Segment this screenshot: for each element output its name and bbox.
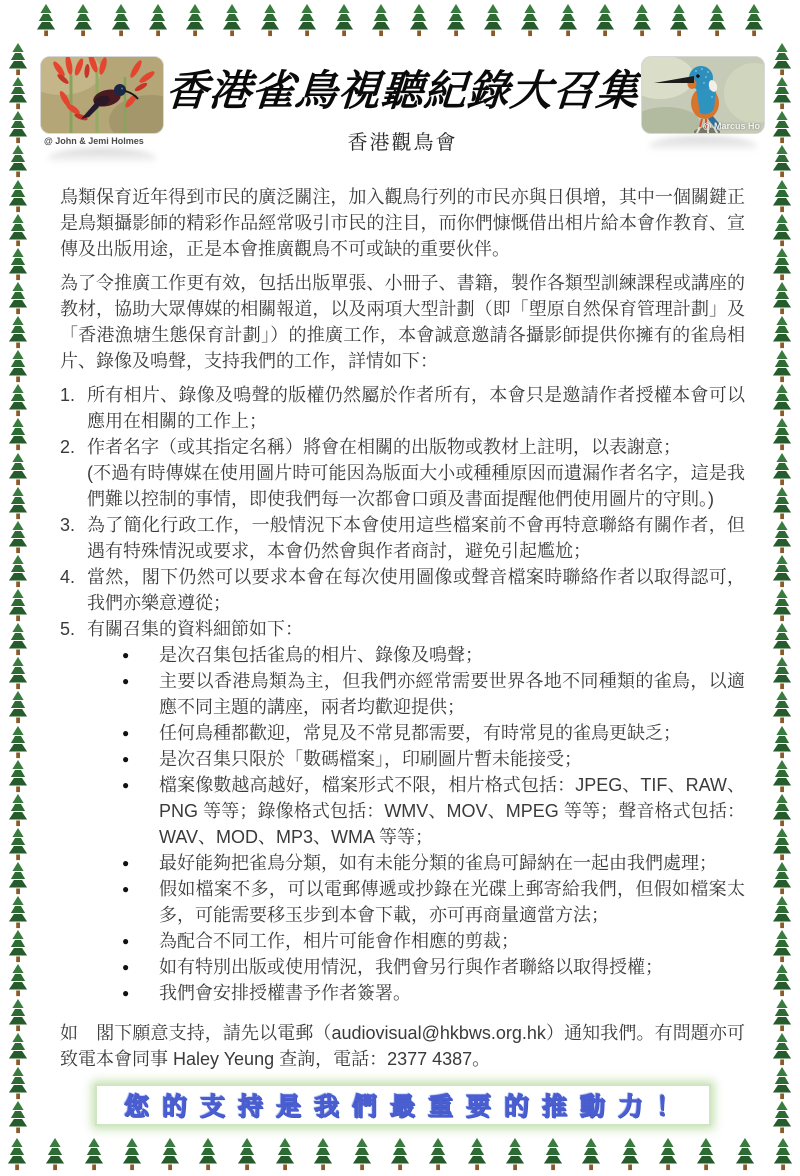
sunbird-photo	[40, 56, 164, 134]
pine-tree-icon	[772, 793, 792, 827]
pine-tree-icon	[620, 1137, 640, 1171]
pine-tree-icon	[8, 486, 28, 520]
numbered-item: 4. 當然，閣下仍然可以要求本會在每次使用圖像或聲音檔案時聯絡作者以取得認可，我…	[60, 564, 745, 616]
bullet-item: ● 最好能夠把雀鳥分類，如有未能分類的雀鳥可歸納在一起由我們處理；	[122, 850, 745, 876]
pine-tree-icon	[8, 76, 28, 110]
flyer-content: @ John & Jemi Holmes 香港雀鳥視聽紀錄大召集 香港觀鳥會	[60, 56, 745, 1126]
bullet-text: 我們會安排授權書予作者簽署。	[159, 980, 745, 1006]
numbered-list: 1. 所有相片、錄像及鳴聲的版權仍然屬於作者所有，本會只是邀請作者授權本會可以應…	[60, 382, 745, 642]
pine-tree-icon	[8, 349, 28, 383]
pine-tree-icon	[8, 247, 28, 281]
pine-tree-icon	[8, 417, 28, 451]
kingfisher-photo: @ Marcus Ho	[641, 56, 765, 134]
pine-tree-icon	[707, 3, 727, 37]
item-text: 所有相片、錄像及鳴聲的版權仍然屬於作者所有，本會只是邀請作者授權本會可以應用在相…	[87, 382, 745, 434]
pine-tree-icon	[446, 3, 466, 37]
pine-tree-icon	[8, 895, 28, 929]
bullet-dot-icon: ●	[122, 850, 159, 876]
bullet-text: 任何鳥種都歡迎，常見及不常見都需要，有時常見的雀鳥更缺乏；	[159, 720, 745, 746]
bullet-dot-icon: ●	[122, 954, 159, 980]
pine-tree-icon	[313, 1137, 333, 1171]
pine-tree-icon	[772, 998, 792, 1032]
pine-tree-icon	[772, 656, 792, 690]
pine-tree-icon	[772, 417, 792, 451]
left-photo-reflection	[48, 148, 156, 168]
pine-tree-icon	[8, 998, 28, 1032]
pine-tree-icon	[8, 1032, 28, 1066]
pine-tree-icon	[297, 3, 317, 37]
left-photo-credit: @ John & Jemi Holmes	[40, 134, 164, 146]
bullet-item: ● 如有特別出版或使用情況，我們會另行與作者聯絡以取得授權；	[122, 954, 745, 980]
bullet-item: ● 主要以香港鳥類為主，但我們亦經常需要世界各地不同種類的雀鳥，以適應不同主題的…	[122, 668, 745, 720]
right-photo-credit: @ Marcus Ho	[703, 121, 760, 131]
pine-tree-icon	[390, 1137, 410, 1171]
pine-tree-icon	[8, 725, 28, 759]
pine-tree-icon	[45, 1137, 65, 1171]
sunbird-photo-image	[41, 57, 164, 134]
header: @ John & Jemi Holmes 香港雀鳥視聽紀錄大召集 香港觀鳥會	[40, 56, 765, 168]
pine-tree-icon	[772, 110, 792, 144]
pine-tree-icon	[8, 315, 28, 349]
pine-tree-icon	[772, 315, 792, 349]
bullet-dot-icon: ●	[122, 720, 159, 746]
pine-tree-icon	[428, 1137, 448, 1171]
pine-tree-icon	[772, 1066, 792, 1100]
right-photo-reflection	[649, 136, 757, 156]
pine-tree-icon	[543, 1137, 563, 1171]
pine-tree-icon	[558, 3, 578, 37]
pine-tree-icon	[8, 213, 28, 247]
bullet-text: 是次召集包括雀鳥的相片、錄像及鳴聲；	[159, 642, 745, 668]
tree-border-left	[7, 42, 29, 1134]
pine-tree-icon	[8, 179, 28, 213]
page-subtitle: 香港觀鳥會	[164, 126, 641, 155]
item-text: 有關召集的資料細節如下：	[87, 616, 745, 642]
pine-tree-icon	[275, 1137, 295, 1171]
item-number: 5.	[60, 616, 87, 642]
pine-tree-icon	[8, 1066, 28, 1100]
closing-paragraph: 如 閣下願意支持，請先以電郵（audiovisual@hkbws.org.hk）…	[60, 1020, 745, 1072]
bullet-text: 如有特別出版或使用情況，我們會另行與作者聯絡以取得授權；	[159, 954, 745, 980]
right-photo-block: @ Marcus Ho	[641, 56, 765, 156]
pine-tree-icon	[8, 110, 28, 144]
pine-tree-icon	[8, 452, 28, 486]
pine-tree-icon	[237, 1137, 257, 1171]
pine-tree-icon	[658, 1137, 678, 1171]
bullet-text: 最好能夠把雀鳥分類，如有未能分類的雀鳥可歸納在一起由我們處理；	[159, 850, 745, 876]
pine-tree-icon	[148, 3, 168, 37]
pine-tree-icon	[744, 3, 764, 37]
pine-tree-icon	[632, 3, 652, 37]
bullet-item: ● 檔案像數越高越好，檔案形式不限，相片格式包括：JPEG、TIF、RAW、PN…	[122, 772, 745, 850]
pine-tree-icon	[8, 690, 28, 724]
pine-tree-icon	[185, 3, 205, 37]
pine-tree-icon	[260, 3, 280, 37]
pine-tree-icon	[8, 963, 28, 997]
numbered-item: 3. 為了簡化行政工作，一般情況下本會使用這些檔案前不會再特意聯絡有關作者，但遇…	[60, 512, 745, 564]
tree-border-top	[36, 3, 764, 39]
tree-border-bottom	[7, 1137, 793, 1173]
pine-tree-icon	[8, 793, 28, 827]
pine-tree-icon	[772, 144, 792, 178]
item-number: 4.	[60, 564, 87, 616]
pine-tree-icon	[772, 827, 792, 861]
pine-tree-icon	[8, 588, 28, 622]
bullet-item: ● 假如檔案不多，可以電郵傳遞或抄錄在光碟上郵寄給我們，但假如檔案太多，可能需要…	[122, 876, 745, 928]
pine-tree-icon	[8, 929, 28, 963]
pine-tree-icon	[669, 3, 689, 37]
bullet-text: 是次召集只限於「數碼檔案」，印刷圖片暫未能接受；	[159, 746, 745, 772]
pine-tree-icon	[8, 281, 28, 315]
pine-tree-icon	[772, 486, 792, 520]
pine-tree-icon	[581, 1137, 601, 1171]
bullet-text: 假如檔案不多，可以電郵傳遞或抄錄在光碟上郵寄給我們，但假如檔案太多，可能需要移玉…	[159, 876, 745, 928]
pine-tree-icon	[772, 213, 792, 247]
pine-tree-icon	[772, 759, 792, 793]
item-number: 1.	[60, 382, 87, 434]
details-bullet-list: ● 是次召集包括雀鳥的相片、錄像及鳴聲； ● 主要以香港鳥類為主，但我們亦經常需…	[60, 642, 745, 1006]
pine-tree-icon	[772, 247, 792, 281]
pine-tree-icon	[8, 759, 28, 793]
tree-border-right	[771, 42, 793, 1134]
pine-tree-icon	[352, 1137, 372, 1171]
numbered-item: 5. 有關召集的資料細節如下：	[60, 616, 745, 642]
pine-tree-icon	[84, 1137, 104, 1171]
pine-tree-icon	[772, 725, 792, 759]
pine-tree-icon	[735, 1137, 755, 1171]
pine-tree-icon	[483, 3, 503, 37]
pine-tree-icon	[8, 554, 28, 588]
pine-tree-icon	[122, 1137, 142, 1171]
pine-tree-icon	[772, 349, 792, 383]
bullet-dot-icon: ●	[122, 876, 159, 928]
pine-tree-icon	[409, 3, 429, 37]
item-number: 2.	[60, 434, 87, 512]
numbered-item: 1. 所有相片、錄像及鳴聲的版權仍然屬於作者所有，本會只是邀請作者授權本會可以應…	[60, 382, 745, 434]
pine-tree-icon	[8, 520, 28, 554]
bullet-dot-icon: ●	[122, 772, 159, 850]
pine-tree-icon	[36, 3, 56, 37]
pine-tree-icon	[467, 1137, 487, 1171]
title-block: 香港雀鳥視聽紀錄大召集 香港觀鳥會	[164, 56, 641, 155]
pine-tree-icon	[8, 656, 28, 690]
pine-tree-icon	[8, 861, 28, 895]
pine-tree-icon	[505, 1137, 525, 1171]
bullet-dot-icon: ●	[122, 980, 159, 1006]
pine-tree-icon	[772, 281, 792, 315]
pine-tree-icon	[772, 452, 792, 486]
slogan-banner: 您的支持是我們最重要的推動力！	[95, 1084, 711, 1126]
item-number: 3.	[60, 512, 87, 564]
item-text: 為了簡化行政工作，一般情況下本會使用這些檔案前不會再特意聯絡有關作者，但遇有特殊…	[87, 512, 745, 564]
flyer-page: @ John & Jemi Holmes 香港雀鳥視聽紀錄大召集 香港觀鳥會	[0, 0, 800, 1176]
bullet-item: ● 為配合不同工作，相片可能會作相應的剪裁；	[122, 928, 745, 954]
pine-tree-icon	[772, 383, 792, 417]
item-text: 作者名字（或其指定名稱）將會在相關的出版物或教材上註明，以表謝意；(不過有時傳媒…	[87, 434, 745, 512]
pine-tree-icon	[8, 622, 28, 656]
pine-tree-icon	[8, 1100, 28, 1134]
pine-tree-icon	[595, 3, 615, 37]
pine-tree-icon	[772, 963, 792, 997]
pine-tree-icon	[371, 3, 391, 37]
pine-tree-icon	[772, 588, 792, 622]
intro-paragraph-1: 鳥類保育近年得到市民的廣泛關注，加入觀鳥行列的市民亦與日俱增，其中一個關鍵正是鳥…	[60, 184, 745, 262]
pine-tree-icon	[8, 144, 28, 178]
bullet-text: 為配合不同工作，相片可能會作相應的剪裁；	[159, 928, 745, 954]
pine-tree-icon	[520, 3, 540, 37]
pine-tree-icon	[772, 76, 792, 110]
pine-tree-icon	[334, 3, 354, 37]
pine-tree-icon	[772, 179, 792, 213]
pine-tree-icon	[772, 42, 792, 76]
bullet-dot-icon: ●	[122, 746, 159, 772]
pine-tree-icon	[772, 554, 792, 588]
pine-tree-icon	[8, 383, 28, 417]
bullet-text: 檔案像數越高越好，檔案形式不限，相片格式包括：JPEG、TIF、RAW、PNG …	[159, 772, 745, 850]
pine-tree-icon	[772, 690, 792, 724]
pine-tree-icon	[198, 1137, 218, 1171]
pine-tree-icon	[8, 42, 28, 76]
bullet-item: ● 任何鳥種都歡迎，常見及不常見都需要，有時常見的雀鳥更缺乏；	[122, 720, 745, 746]
pine-tree-icon	[111, 3, 131, 37]
pine-tree-icon	[222, 3, 242, 37]
pine-tree-icon	[772, 1032, 792, 1066]
numbered-item: 2. 作者名字（或其指定名稱）將會在相關的出版物或教材上註明，以表謝意；(不過有…	[60, 434, 745, 512]
pine-tree-icon	[772, 929, 792, 963]
pine-tree-icon	[696, 1137, 716, 1171]
pine-tree-icon	[160, 1137, 180, 1171]
bullet-item: ● 是次召集包括雀鳥的相片、錄像及鳴聲；	[122, 642, 745, 668]
pine-tree-icon	[772, 895, 792, 929]
pine-tree-icon	[8, 827, 28, 861]
page-title: 香港雀鳥視聽紀錄大召集	[162, 68, 642, 114]
pine-tree-icon	[7, 1137, 27, 1171]
pine-tree-icon	[772, 520, 792, 554]
left-photo-block: @ John & Jemi Holmes	[40, 56, 164, 168]
bullet-item: ● 我們會安排授權書予作者簽署。	[122, 980, 745, 1006]
item-text: 當然，閣下仍然可以要求本會在每次使用圖像或聲音檔案時聯絡作者以取得認可，我們亦樂…	[87, 564, 745, 616]
bullet-text: 主要以香港鳥類為主，但我們亦經常需要世界各地不同種類的雀鳥，以適應不同主題的講座…	[159, 668, 745, 720]
pine-tree-icon	[772, 861, 792, 895]
bullet-dot-icon: ●	[122, 642, 159, 668]
item-note: (不過有時傳媒在使用圖片時可能因為版面大小或種種原因而遺漏作者名字，這是我們難以…	[87, 460, 745, 512]
pine-tree-icon	[73, 3, 93, 37]
bullet-dot-icon: ●	[122, 668, 159, 720]
intro-paragraph-2: 為了令推廣工作更有效，包括出版單張、小冊子、書籍，製作各類型訓練課程或講座的教材…	[60, 270, 745, 374]
pine-tree-icon	[772, 1100, 792, 1134]
slogan-text: 您的支持是我們最重要的推動力！	[111, 1087, 694, 1123]
pine-tree-icon	[773, 1137, 793, 1171]
bullet-dot-icon: ●	[122, 928, 159, 954]
bullet-item: ● 是次召集只限於「數碼檔案」，印刷圖片暫未能接受；	[122, 746, 745, 772]
pine-tree-icon	[772, 622, 792, 656]
